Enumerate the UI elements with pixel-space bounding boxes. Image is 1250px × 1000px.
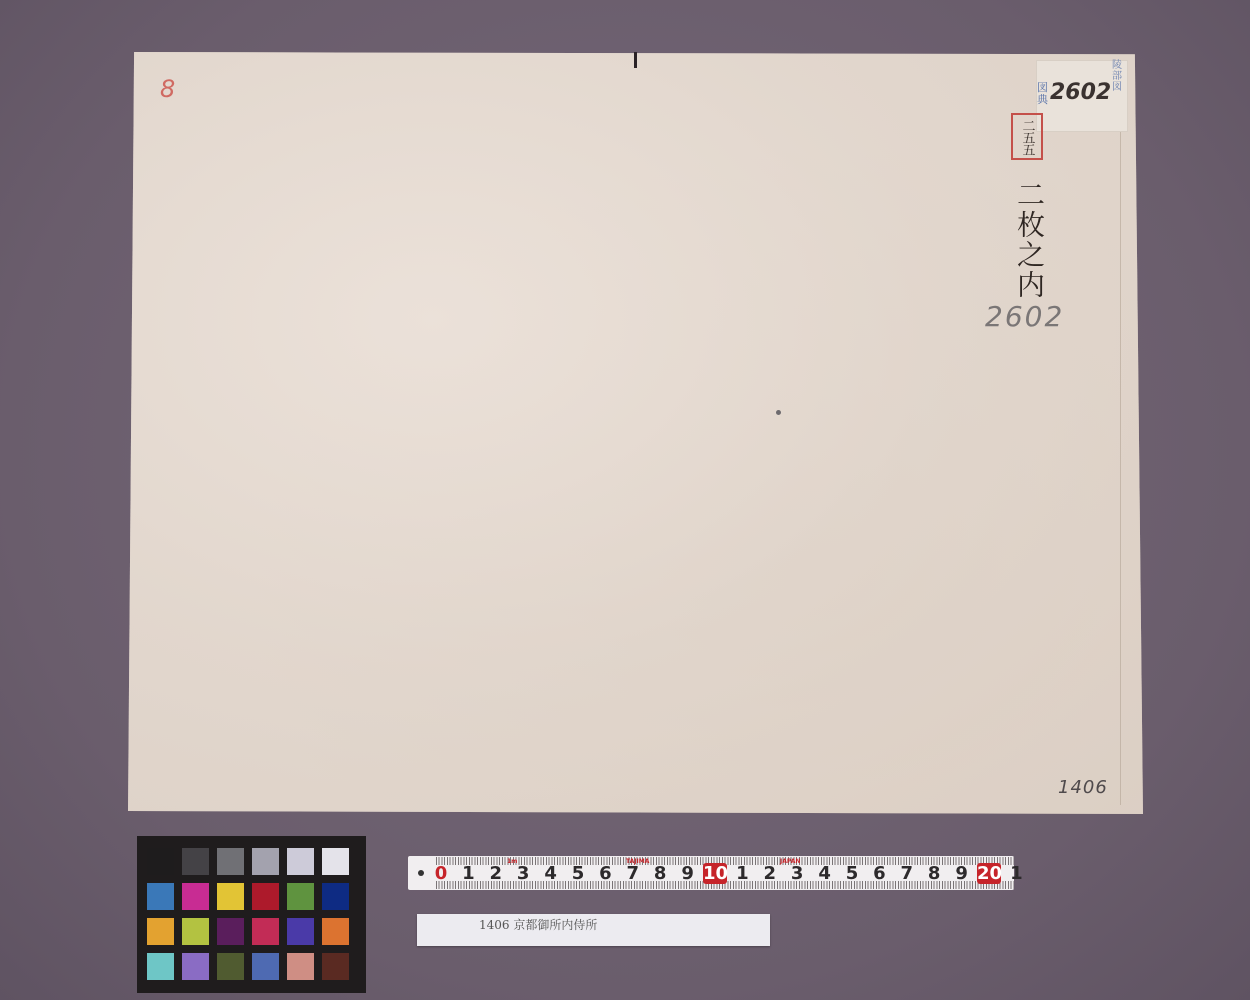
color-swatch (217, 848, 244, 875)
color-swatch (287, 953, 314, 980)
ruler-number: 1 (460, 863, 476, 884)
ruler-number: 6 (597, 863, 613, 884)
blue-stamp-right: 陵部図 (1112, 60, 1124, 93)
archival-document-sheet (128, 52, 1143, 814)
ruler-number: 7 (625, 863, 641, 884)
ruler-number: 3 (789, 863, 805, 884)
ruler-number: 8 (652, 863, 668, 884)
color-swatch (322, 918, 349, 945)
red-corner-mark: 8 (160, 75, 175, 103)
pencil-number-top: 2602 (985, 300, 1064, 333)
pencil-number-bottom: 1406 (1058, 777, 1108, 798)
catalog-label-number: 2602 (1050, 80, 1111, 105)
caption-slip: 1406 京都御所内侍所 (417, 914, 770, 946)
color-swatch (322, 883, 349, 910)
ruler-number: 9 (680, 863, 696, 884)
paper-fold-edge (1120, 80, 1143, 805)
ruler-number: 0 (433, 863, 449, 884)
red-seal-stamp: 二五五 (1011, 113, 1043, 160)
paper-speck (776, 410, 781, 415)
ruler-number: 7 (899, 863, 915, 884)
color-swatch (287, 918, 314, 945)
color-swatch (252, 848, 279, 875)
color-swatch (147, 953, 174, 980)
ruler-number: 4 (817, 863, 833, 884)
color-swatch (322, 848, 349, 875)
color-swatch (217, 918, 244, 945)
ruler-number: 9 (954, 863, 970, 884)
seal-text: 二五五 (1018, 119, 1037, 155)
color-checker-card (137, 836, 366, 993)
color-swatch (217, 883, 244, 910)
color-swatch (287, 848, 314, 875)
ruler-number: 4 (543, 863, 559, 884)
ruler-number: 20 (977, 863, 1001, 884)
vertical-inscription: 二枚之内 (1013, 180, 1045, 300)
color-swatch (182, 918, 209, 945)
measuring-ruler: 1m TAJIMA JAPAN 012345678910123456789201 (408, 856, 1014, 890)
color-swatch (252, 953, 279, 980)
color-swatch (217, 953, 244, 980)
ruler-number: 5 (570, 863, 586, 884)
caption-text: 1406 京都御所内侍所 (479, 916, 597, 933)
ruler-number: 3 (515, 863, 531, 884)
color-swatch (182, 953, 209, 980)
color-swatch (147, 883, 174, 910)
ruler-number: 8 (926, 863, 942, 884)
color-swatch (322, 953, 349, 980)
ruler-number: 2 (762, 863, 778, 884)
tear-mark (634, 52, 637, 68)
ruler-number: 5 (844, 863, 860, 884)
color-swatch (252, 883, 279, 910)
blue-stamp-left: 図典 (1037, 82, 1051, 106)
ruler-number: 1 (734, 863, 750, 884)
color-swatch (147, 848, 174, 875)
color-swatch (182, 848, 209, 875)
ruler-number: 2 (488, 863, 504, 884)
ruler-hole (418, 870, 424, 876)
ruler-number: 6 (871, 863, 887, 884)
color-swatch (287, 883, 314, 910)
color-swatch (252, 918, 279, 945)
color-swatch (147, 918, 174, 945)
ruler-number: 1 (1008, 863, 1024, 884)
ruler-number: 10 (703, 863, 727, 884)
color-swatch (182, 883, 209, 910)
